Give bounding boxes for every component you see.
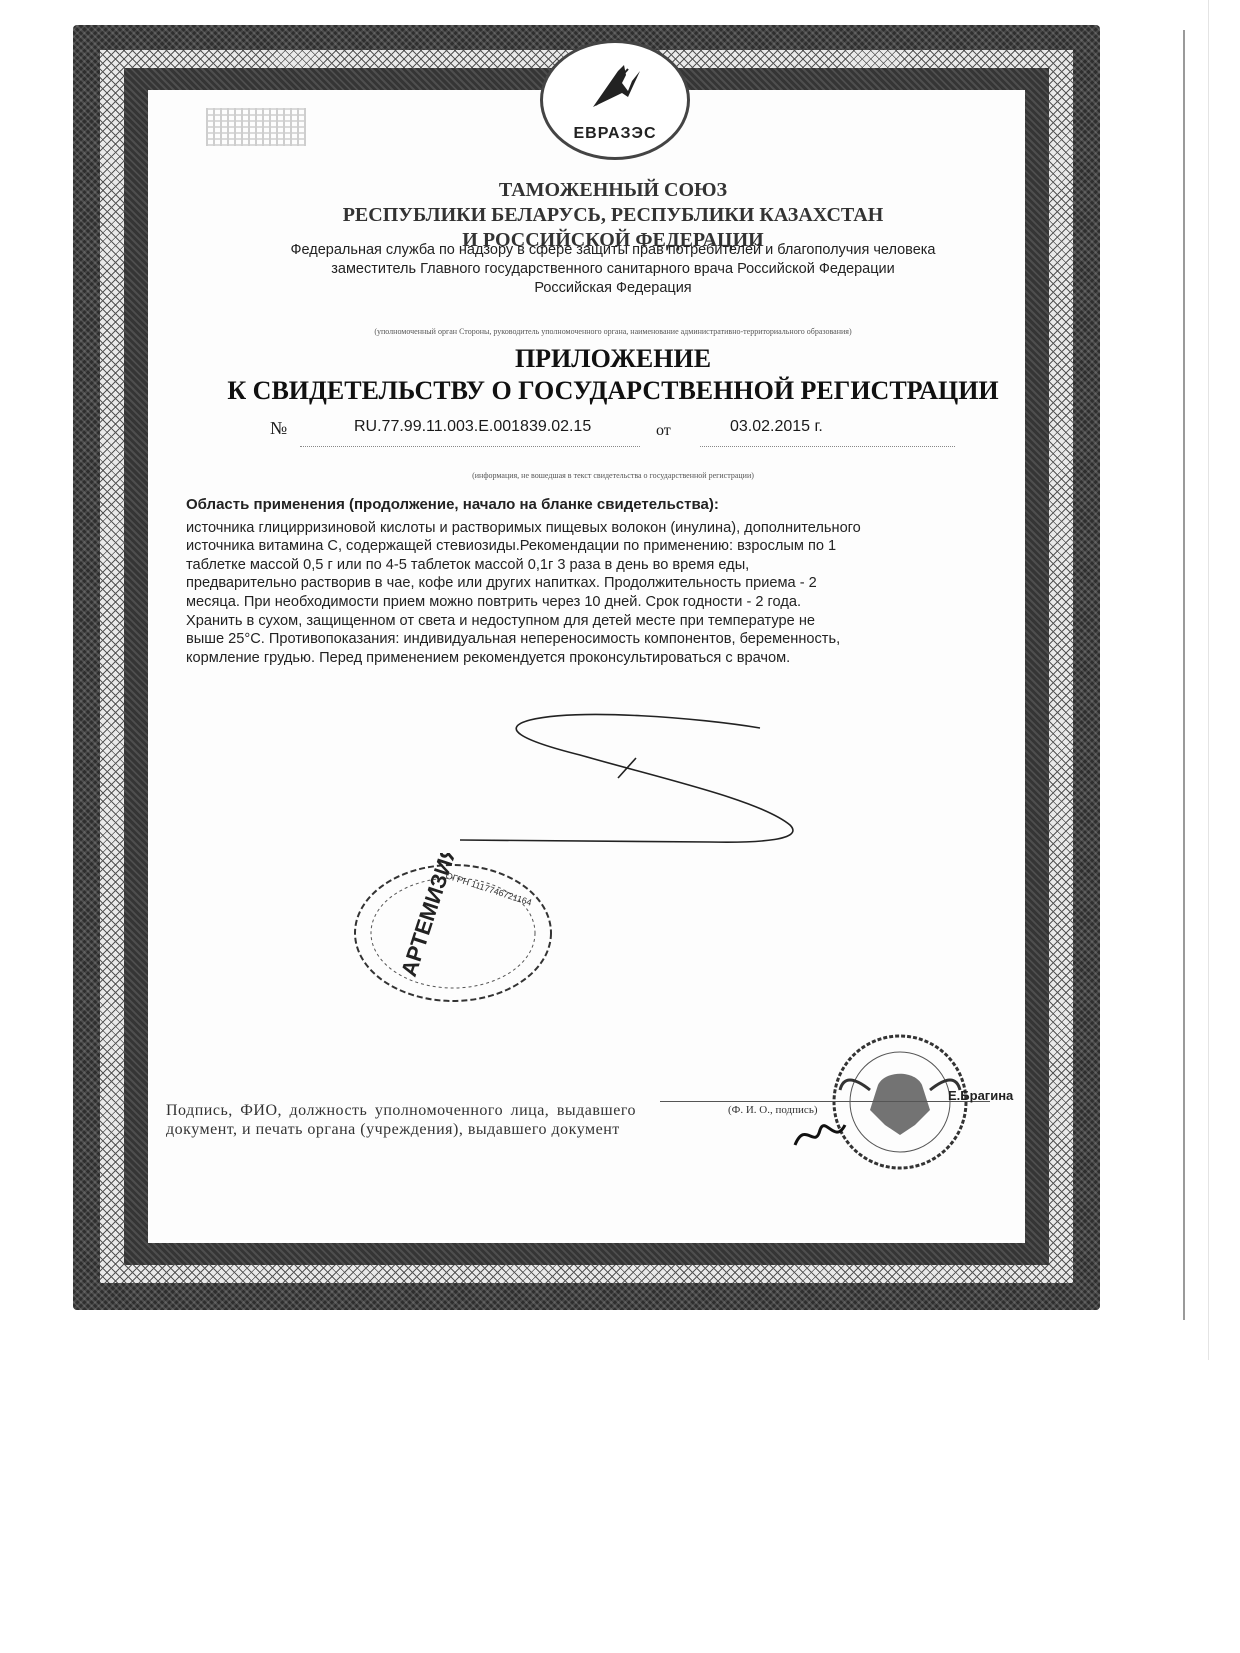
document-subtitle: К СВИДЕТЕЛЬСТВУ О ГОСУДАРСТВЕННОЙ РЕГИСТ… xyxy=(148,376,1078,406)
scan-edge-line xyxy=(1208,0,1209,1360)
number-sign: № xyxy=(270,418,287,439)
stamp-ogrn: ОГРН 1117746721164 xyxy=(444,870,533,907)
eagle-emblem-icon xyxy=(588,61,648,111)
agency-caption: (уполномоченный орган Стороны, руководит… xyxy=(148,327,1078,336)
scope-line: выше 25°С. Противопоказания: индивидуаль… xyxy=(186,630,1066,649)
agency-line-3: Российская Федерация xyxy=(148,279,1078,298)
handwritten-signature xyxy=(460,700,800,850)
scope-line: Хранить в сухом, защищенном от света и н… xyxy=(186,612,1066,631)
double-headed-eagle-icon xyxy=(870,1074,930,1135)
evrazes-emblem: ЕВРАЗЭС xyxy=(540,40,690,160)
scope-heading: Область применения (продолжение, начало … xyxy=(186,496,1066,515)
document-title: ПРИЛОЖЕНИЕ xyxy=(148,344,1078,374)
scope-line: предварительно растворив в чае, кофе или… xyxy=(186,574,1066,593)
agency-line-2: заместитель Главного государственного са… xyxy=(148,260,1078,279)
signer-name: Е.Брагина xyxy=(948,1088,1013,1103)
scope-line: месяца. При необходимости прием можно по… xyxy=(186,593,1066,612)
agency-line-1: Федеральная служба по надзору в сфере за… xyxy=(148,241,1078,260)
registration-caption: (информация, не вошедшая в текст свидете… xyxy=(148,471,1078,480)
emblem-label: ЕВРАЗЭС xyxy=(573,125,656,143)
page-edge-line xyxy=(1183,30,1185,1320)
signer-scribble xyxy=(790,1115,850,1155)
registration-date: 03.02.2015 г. xyxy=(730,418,823,436)
union-line-2: РЕСПУБЛИКИ БЕЛАРУСЬ, РЕСПУБЛИКИ КАЗАХСТА… xyxy=(148,203,1078,228)
scope-section: Область применения (продолжение, начало … xyxy=(186,496,1066,667)
signature-line xyxy=(660,1101,990,1102)
union-line-1: ТАМОЖЕННЫЙ СОЮЗ xyxy=(148,178,1078,203)
scope-line: кормление грудью. Перед применением реко… xyxy=(186,649,1066,668)
scope-line: таблетке массой 0,5 г или по 4-5 таблето… xyxy=(186,556,1066,575)
scope-line: источника витамина С, содержащей стевиоз… xyxy=(186,537,1066,556)
company-stamp: АРТЕМИЗИЯ ОГРН 1117746721164 xyxy=(345,853,555,1003)
from-label: от xyxy=(656,422,671,440)
security-pattern xyxy=(206,108,306,146)
signature-label: Подпись, ФИО, должность уполномоченного … xyxy=(166,1102,636,1139)
scope-line: источника глицирризиновой кислоты и раст… xyxy=(186,519,1066,538)
number-underline xyxy=(300,446,640,447)
issuing-agency: Федеральная служба по надзору в сфере за… xyxy=(148,241,1078,298)
registration-number: RU.77.99.11.003.Е.001839.02.15 xyxy=(354,418,591,436)
date-underline xyxy=(700,446,955,447)
